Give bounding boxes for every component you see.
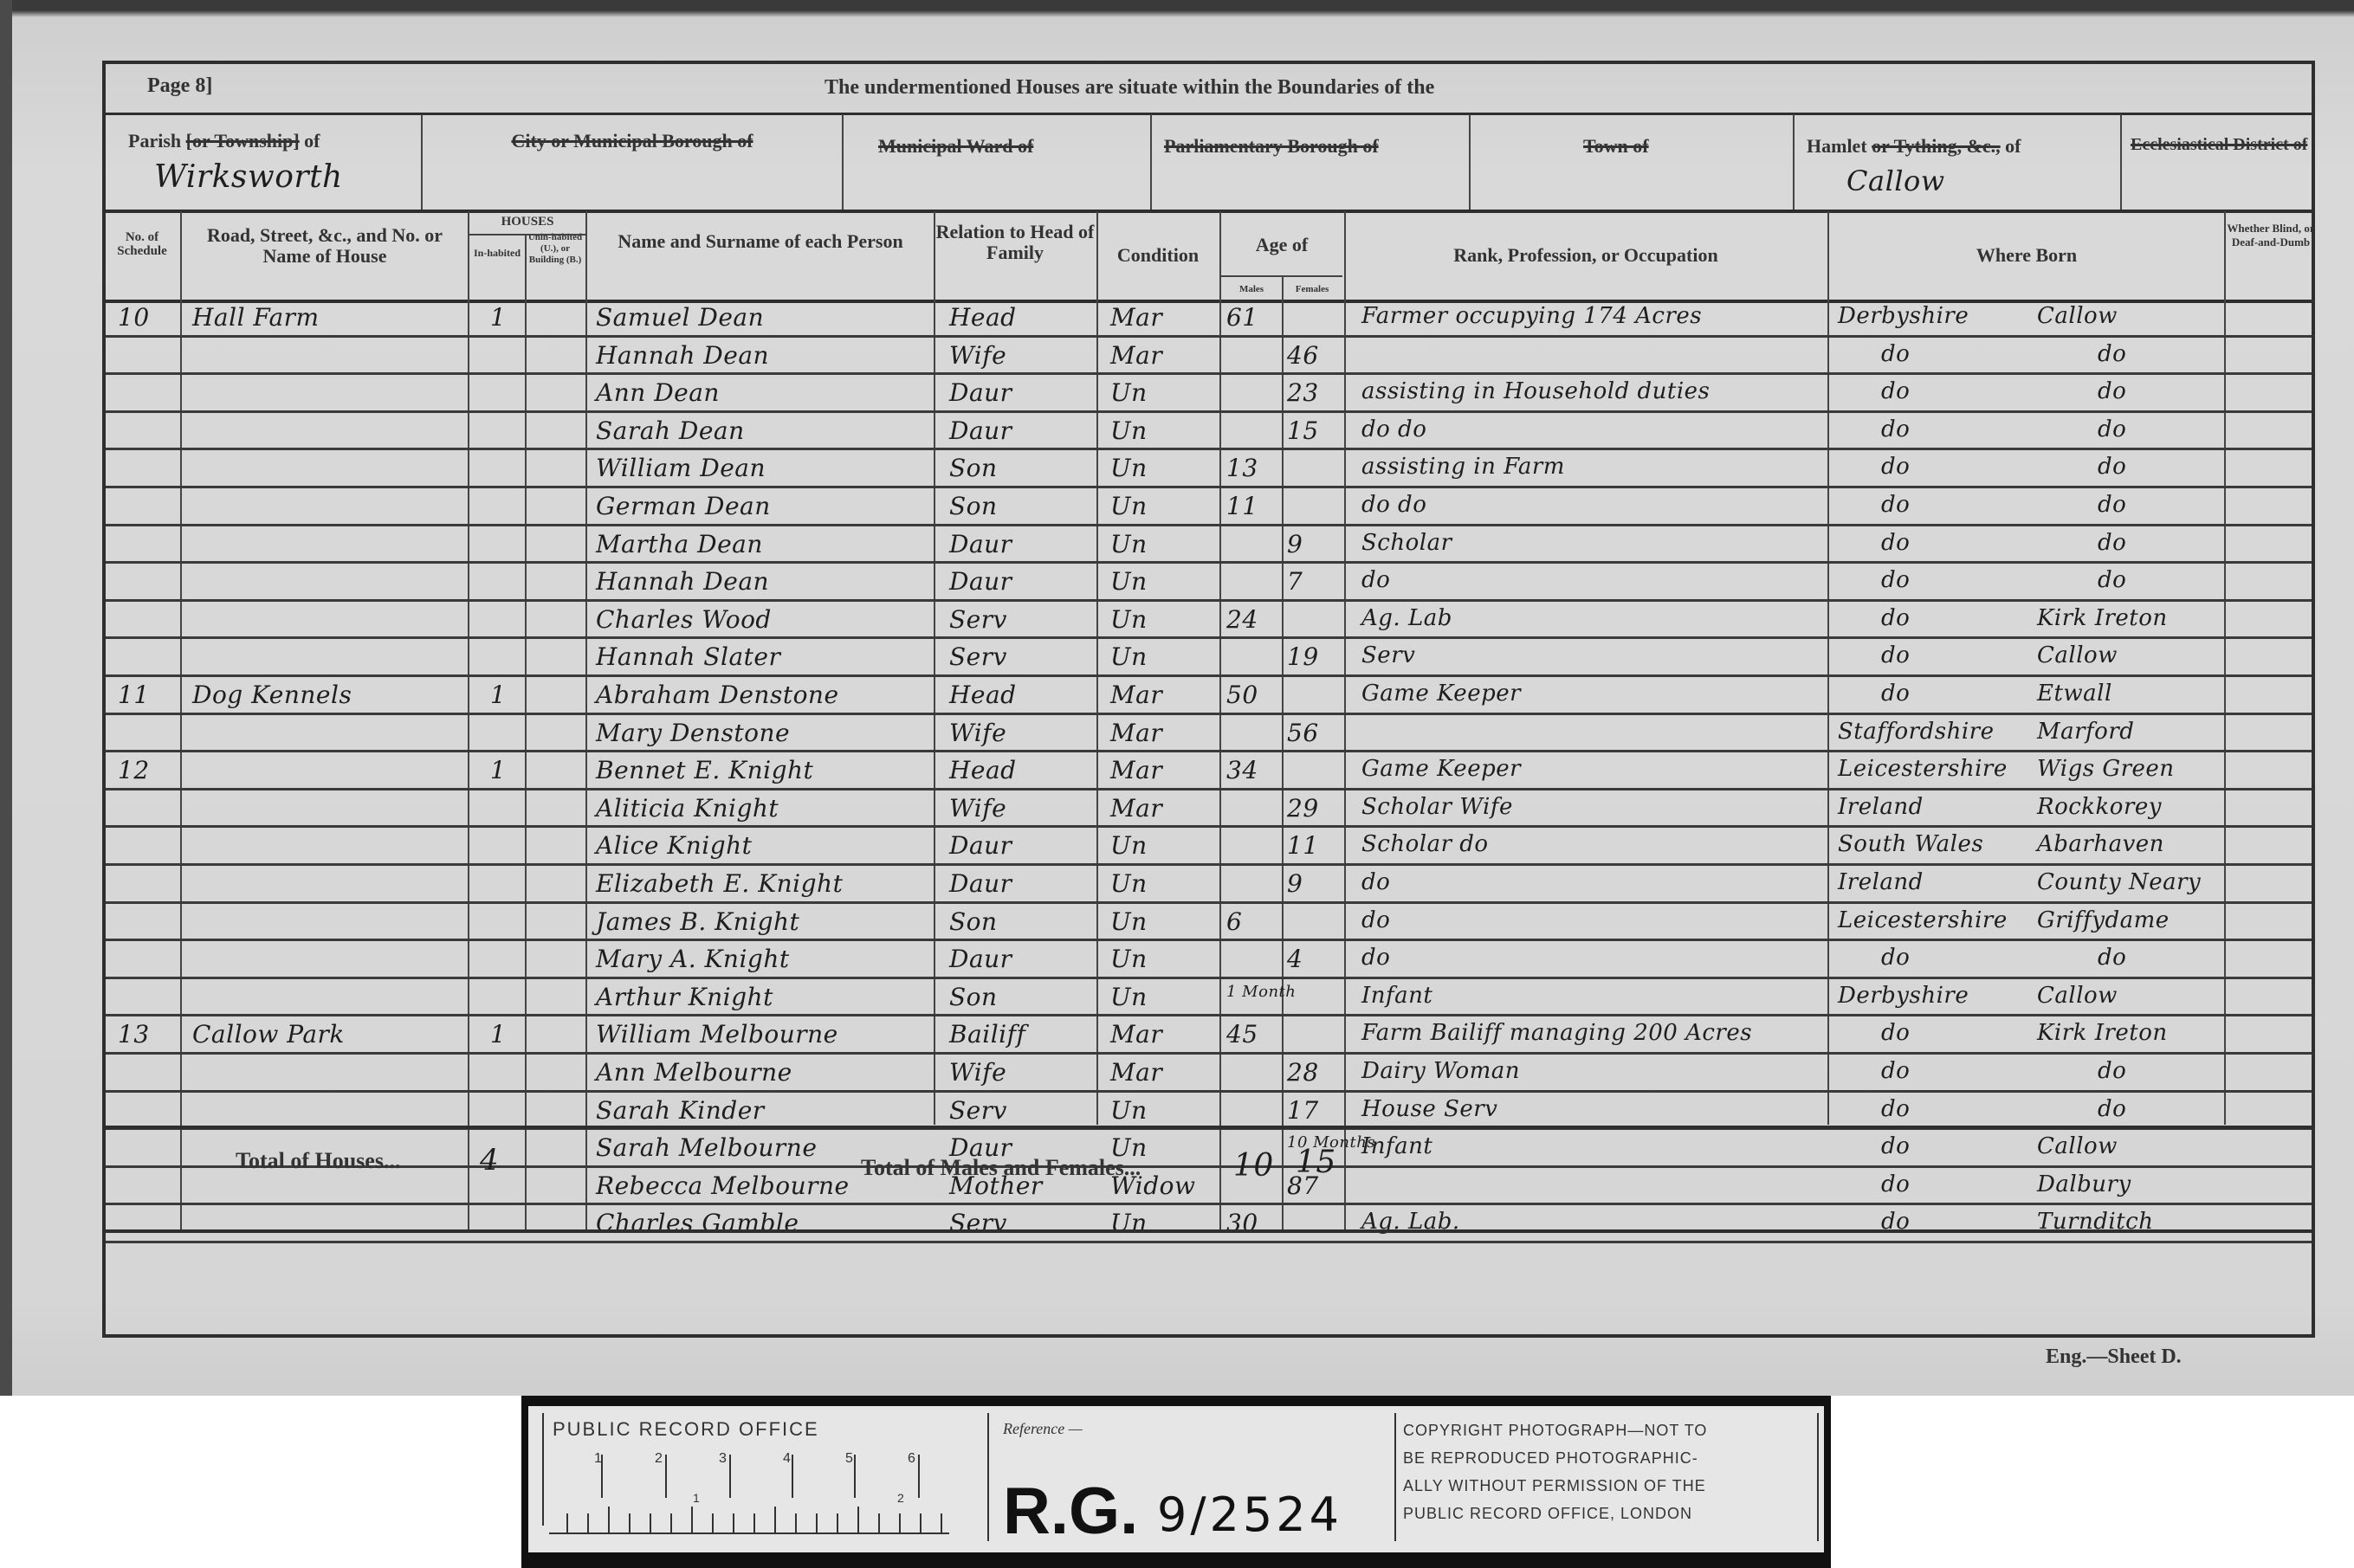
marital-condition: Un <box>1110 492 1148 520</box>
born-county: Leicestershire <box>1838 756 2008 782</box>
born-county: do <box>1881 945 1910 971</box>
table-row: German DeanSonUn11do dododo <box>106 488 2312 526</box>
boundary-parliamentary-borough: Parliamentary Borough of <box>1152 114 1469 210</box>
relation-to-head: Son <box>949 492 998 520</box>
born-place: Abarhaven <box>2037 831 2164 857</box>
marital-condition: Un <box>1110 530 1148 558</box>
occupation: House Serv <box>1361 1096 1497 1122</box>
relation-to-head: Wife <box>949 719 1006 747</box>
page-number: Page 8] <box>147 74 212 98</box>
born-county: do <box>1881 1058 1910 1084</box>
table-row: Sarah MelbourneDaurUn10 MonthsInfantdoCa… <box>106 1130 2312 1168</box>
age-female: 4 <box>1287 945 1303 973</box>
table-row: Alice KnightDaurUn11Scholar doSouth Wale… <box>106 828 2312 866</box>
relation-to-head: Daur <box>949 945 1012 973</box>
table-row: Hannah DeanWifeMar46dodo <box>106 338 2312 376</box>
age-female: 46 <box>1287 341 1319 370</box>
houses-inhabited: 1 <box>490 1020 506 1049</box>
table-row: 121Bennet E. KnightHeadMar34Game KeeperL… <box>106 752 2312 790</box>
person-name: Elizabeth E. Knight <box>596 869 843 898</box>
table-row: Sarah KinderServUn17House Servdodo <box>106 1093 2312 1131</box>
person-name: German Dean <box>596 492 771 520</box>
age-female: 29 <box>1287 794 1319 823</box>
total-persons-label: Total of Males and Females... <box>861 1155 1141 1181</box>
born-county: do <box>1881 454 1910 480</box>
born-county: do <box>1881 1133 1910 1159</box>
relation-to-head: Daur <box>949 416 1012 445</box>
marital-condition: Mar <box>1110 1058 1162 1087</box>
marital-condition: Mar <box>1110 794 1162 823</box>
born-county: do <box>1881 1096 1910 1122</box>
relation-to-head: Head <box>949 681 1017 709</box>
person-name: William Melbourne <box>596 1020 838 1049</box>
marital-condition: Un <box>1110 831 1148 860</box>
schedule-number: 13 <box>118 1020 150 1049</box>
total-houses-label: Total of Houses... <box>236 1148 400 1174</box>
reference-prefix: R.G. <box>1003 1474 1138 1549</box>
born-county: do <box>1881 567 1910 593</box>
age-male: 34 <box>1226 756 1258 784</box>
born-place: do <box>2098 1096 2126 1122</box>
table-row: Mary A. KnightDaurUn4dododo <box>106 941 2312 979</box>
relation-to-head: Wife <box>949 341 1006 370</box>
relation-to-head: Daur <box>949 530 1012 558</box>
person-name: Mary A. Knight <box>596 945 790 973</box>
born-place: Rockkorey <box>2037 794 2162 820</box>
marital-condition: Un <box>1110 642 1148 671</box>
born-county: South Wales <box>1838 831 1983 857</box>
occupation: Infant <box>1361 983 1432 1009</box>
marital-condition: Un <box>1110 416 1148 445</box>
table-row: Hannah DeanDaurUn7dododo <box>106 564 2312 602</box>
boundary-parish: Parish [or Township] of Wirksworth <box>106 114 421 210</box>
born-place: Wigs Green <box>2037 756 2175 782</box>
person-name: Hannah Dean <box>596 341 769 370</box>
born-place: Kirk Ireton <box>2037 1020 2168 1046</box>
person-name: Charles Wood <box>596 605 772 634</box>
marital-condition: Un <box>1110 869 1148 898</box>
census-photograph: Page 8] The undermentioned Houses are si… <box>0 0 2354 1396</box>
marital-condition: Mar <box>1110 1020 1162 1049</box>
born-place: do <box>2098 378 2126 404</box>
marital-condition: Mar <box>1110 341 1162 370</box>
relation-to-head: Wife <box>949 794 1006 823</box>
hamlet-value: Callow <box>1846 165 1945 197</box>
age-male: 1 Month <box>1226 983 1296 1001</box>
marital-condition: Un <box>1110 567 1148 596</box>
person-name: Martha Dean <box>596 530 763 558</box>
form-title: The undermentioned Houses are situate wi… <box>825 76 1434 100</box>
house-address: Callow Park <box>192 1020 345 1049</box>
table-row: Hannah SlaterServUn19ServdoCallow <box>106 639 2312 677</box>
table-row: Martha DeanDaurUn9Scholardodo <box>106 526 2312 565</box>
parish-value: Wirksworth <box>154 159 343 195</box>
person-name: James B. Knight <box>596 907 799 936</box>
born-county: Leicestershire <box>1838 907 2008 933</box>
marital-condition: Un <box>1110 605 1148 634</box>
boundary-municipal-ward: Municipal Ward of <box>844 114 1150 210</box>
born-county: do <box>1881 416 1910 442</box>
marital-condition: Un <box>1110 907 1148 936</box>
age-male: 24 <box>1226 605 1258 634</box>
total-males: 10 <box>1233 1148 1274 1184</box>
born-county: Ireland <box>1838 869 1924 895</box>
relation-to-head: Wife <box>949 1058 1006 1087</box>
census-form: Page 8] The undermentioned Houses are si… <box>102 61 2315 1338</box>
relation-to-head: Son <box>949 907 998 936</box>
table-row: Aliticia KnightWifeMar29Scholar WifeIrel… <box>106 790 2312 829</box>
occupation: do <box>1361 567 1390 593</box>
born-place: do <box>2098 416 2126 442</box>
age-female: 9 <box>1287 530 1303 558</box>
relation-to-head: Bailiff <box>949 1020 1025 1049</box>
occupation: do do <box>1361 416 1426 442</box>
marital-condition: Un <box>1110 945 1148 973</box>
table-row: Mary DenstoneWifeMar56StaffordshireMarfo… <box>106 715 2312 753</box>
born-county: do <box>1881 642 1910 668</box>
occupation: do do <box>1361 492 1426 518</box>
marital-condition: Un <box>1110 378 1148 407</box>
boundary-municipal-borough: City or Municipal Borough of <box>423 114 842 210</box>
copyright-notice: COPYRIGHT PHOTOGRAPH—NOT TO BE REPRODUCE… <box>1403 1416 1814 1527</box>
age-male: 11 <box>1226 492 1258 520</box>
age-female: 15 <box>1287 416 1319 445</box>
boundary-town: Town of <box>1471 114 1793 210</box>
born-place: Callow <box>2037 642 2118 668</box>
person-name: Sarah Dean <box>596 416 745 445</box>
born-place: Etwall <box>2037 681 2112 707</box>
marital-condition: Un <box>1110 983 1148 1011</box>
born-place: Dalbury <box>2037 1171 2131 1197</box>
ruler: 1 2 3 4 5 6 1 2 <box>549 1446 949 1534</box>
table-row: Rebecca MelbourneMotherWidow87doDalbury <box>106 1168 2312 1206</box>
table-row: William DeanSonUn13assisting in Farmdodo <box>106 450 2312 488</box>
person-name: William Dean <box>596 454 766 482</box>
marital-condition: Mar <box>1110 303 1162 332</box>
table-row: James B. KnightSonUn6doLeicestershireGri… <box>106 904 2312 942</box>
occupation: Dairy Woman <box>1361 1058 1520 1084</box>
relation-to-head: Serv <box>949 1209 1007 1237</box>
table-row: Sarah DeanDaurUn15do dododo <box>106 413 2312 451</box>
occupation: Infant <box>1361 1133 1432 1159</box>
schedule-number: 11 <box>118 681 150 709</box>
occupation: Ag. Lab <box>1361 605 1452 631</box>
column-headers: No. of Schedule Road, Street, &c., and N… <box>106 213 2312 300</box>
relation-to-head: Serv <box>949 642 1007 671</box>
table-row: 13Callow Park1William MelbourneBailiffMa… <box>106 1016 2312 1055</box>
person-name: Sarah Melbourne <box>596 1133 817 1162</box>
parish-label: Parish <box>128 130 181 152</box>
age-female: 56 <box>1287 719 1319 747</box>
person-name: Ann Melbourne <box>596 1058 792 1087</box>
marital-condition: Un <box>1110 1209 1148 1237</box>
occupation: Scholar Wife <box>1361 794 1513 820</box>
marital-condition: Mar <box>1110 681 1162 709</box>
house-address: Hall Farm <box>192 303 320 332</box>
boundary-ecclesiastical-district: Ecclesiastical District of <box>2122 114 2314 210</box>
schedule-number: 12 <box>118 756 150 784</box>
total-houses-value: 4 <box>480 1143 499 1178</box>
table-row: Ann MelbourneWifeMar28Dairy Womandodo <box>106 1055 2312 1093</box>
reference-label: Reference — <box>1003 1420 1083 1438</box>
table-row: Elizabeth E. KnightDaurUn9doIrelandCount… <box>106 866 2312 904</box>
township-struck: [or Township] <box>186 130 300 152</box>
born-place: Marford <box>2037 719 2134 745</box>
person-name: Alice Knight <box>596 831 752 860</box>
born-place: Kirk Ireton <box>2037 605 2168 631</box>
occupation: Farm Bailiff managing 200 Acres <box>1361 1020 1752 1046</box>
relation-to-head: Daur <box>949 378 1012 407</box>
born-place: do <box>2098 945 2126 971</box>
born-place: do <box>2098 492 2126 518</box>
relation-to-head: Head <box>949 303 1017 332</box>
table-row: 11Dog Kennels1Abraham DenstoneHeadMar50G… <box>106 677 2312 715</box>
relation-to-head: Daur <box>949 869 1012 898</box>
born-place: do <box>2098 530 2126 556</box>
occupation: Farmer occupying 174 Acres <box>1361 303 1702 329</box>
age-female: 17 <box>1287 1096 1319 1125</box>
person-name: Mary Denstone <box>596 719 790 747</box>
marital-condition: Mar <box>1110 756 1162 784</box>
born-county: do <box>1881 378 1910 404</box>
person-name: Hannah Dean <box>596 567 769 596</box>
occupation: Serv <box>1361 642 1415 668</box>
born-place: Callow <box>2037 1133 2118 1159</box>
age-female: 11 <box>1287 831 1319 860</box>
occupation: assisting in Farm <box>1361 454 1565 480</box>
born-county: do <box>1881 492 1910 518</box>
person-name: Ann Dean <box>596 378 720 407</box>
total-females: 15 <box>1296 1145 1336 1180</box>
occupation: assisting in Household duties <box>1361 378 1710 404</box>
age-male: 45 <box>1226 1020 1258 1049</box>
relation-to-head: Son <box>949 983 998 1011</box>
table-row: Arthur KnightSonUn1 MonthInfantDerbyshir… <box>106 979 2312 1017</box>
person-name: Rebecca Melbourne <box>596 1171 850 1200</box>
occupation: do <box>1361 945 1390 971</box>
born-county: Derbyshire <box>1838 983 1969 1009</box>
born-place: do <box>2098 341 2126 367</box>
occupation: Scholar <box>1361 530 1452 556</box>
born-place: do <box>2098 454 2126 480</box>
born-place: Griffydame <box>2037 907 2170 933</box>
table-row: 10Hall Farm1Samuel DeanHeadMar61Farmer o… <box>106 300 2312 338</box>
born-county: do <box>1881 605 1910 631</box>
houses-inhabited: 1 <box>490 681 506 709</box>
occupation: Game Keeper <box>1361 681 1521 707</box>
office-label: PUBLIC RECORD OFFICE <box>553 1418 819 1441</box>
age-male: 61 <box>1226 303 1258 332</box>
born-county: do <box>1881 530 1910 556</box>
occupation: Game Keeper <box>1361 756 1521 782</box>
relation-to-head: Daur <box>949 567 1012 596</box>
houses-inhabited: 1 <box>490 756 506 784</box>
born-county: do <box>1881 341 1910 367</box>
person-name: Aliticia Knight <box>596 794 779 823</box>
relation-to-head: Serv <box>949 605 1007 634</box>
table-row: Ann DeanDaurUn23assisting in Household d… <box>106 375 2312 413</box>
person-name: Samuel Dean <box>596 303 764 332</box>
occupation: Scholar do <box>1361 831 1489 857</box>
schedule-number: 10 <box>118 303 150 332</box>
relation-to-head: Son <box>949 454 998 482</box>
born-county: Derbyshire <box>1838 303 1969 329</box>
table-row: Charles WoodServUn24Ag. LabdoKirk Ireton <box>106 602 2312 640</box>
born-county: do <box>1881 1171 1910 1197</box>
person-name: Charles Gamble <box>596 1209 799 1237</box>
occupation: do <box>1361 869 1390 895</box>
row-divider <box>106 1241 2312 1243</box>
houses-inhabited: 1 <box>490 303 506 332</box>
age-female: 23 <box>1287 378 1319 407</box>
person-name: Sarah Kinder <box>596 1096 765 1125</box>
born-county: Staffordshire <box>1838 719 1994 745</box>
born-place: do <box>2098 567 2126 593</box>
boundary-hamlet: Hamlet or Tything, &c., of Callow <box>1795 114 2120 210</box>
age-male: 13 <box>1226 454 1258 482</box>
born-county: Ireland <box>1838 794 1924 820</box>
born-county: do <box>1881 1020 1910 1046</box>
marital-condition: Un <box>1110 1096 1148 1125</box>
born-place: Callow <box>2037 303 2118 329</box>
born-county: do <box>1881 681 1910 707</box>
public-record-office-stamp: PUBLIC RECORD OFFICE 1 2 3 4 5 6 1 2 <box>521 1396 1831 1568</box>
age-female: 7 <box>1287 567 1303 596</box>
marital-condition: Mar <box>1110 719 1162 747</box>
age-female: 9 <box>1287 869 1303 898</box>
age-male: 6 <box>1226 907 1242 936</box>
person-name: Hannah Slater <box>596 642 780 671</box>
age-male: 50 <box>1226 681 1258 709</box>
sheet-label: Eng.—Sheet D. <box>2046 1345 2182 1369</box>
reference-number: 9/2524 <box>1157 1487 1342 1542</box>
person-name: Abraham Denstone <box>596 681 839 709</box>
person-name: Bennet E. Knight <box>596 756 813 784</box>
born-place: Callow <box>2037 983 2118 1009</box>
born-place: County Neary <box>2037 869 2201 895</box>
relation-to-head: Daur <box>949 831 1012 860</box>
person-name: Arthur Knight <box>596 983 773 1011</box>
born-place: do <box>2098 1058 2126 1084</box>
age-male: 30 <box>1226 1209 1258 1237</box>
table-row: Charles GambleServUn30Ag. Lab.doTurnditc… <box>106 1205 2312 1243</box>
marital-condition: Un <box>1110 454 1148 482</box>
age-female: 19 <box>1287 642 1319 671</box>
age-female: 28 <box>1287 1058 1319 1087</box>
relation-to-head: Head <box>949 756 1017 784</box>
relation-to-head: Serv <box>949 1096 1007 1125</box>
occupation: do <box>1361 907 1390 933</box>
house-address: Dog Kennels <box>192 681 352 709</box>
